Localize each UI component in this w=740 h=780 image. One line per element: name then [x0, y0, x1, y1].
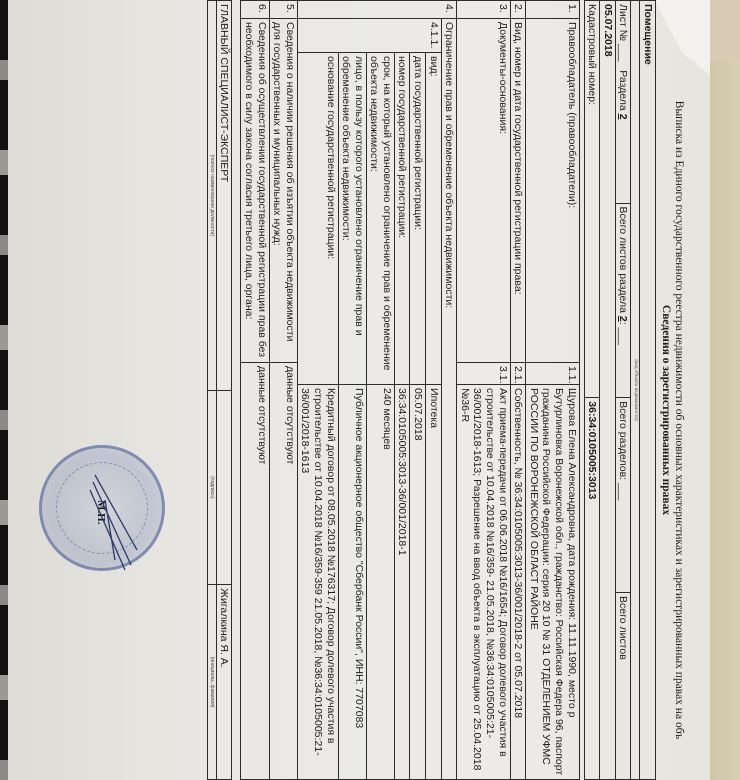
object-type-caption: (вид объекта недвижимости) [631, 1, 640, 780]
signature-field [216, 390, 232, 585]
row-number: 3. [457, 1, 510, 19]
encumbrance-field: срок, на который установлено ограничение… [366, 1, 394, 780]
signature-caption: (подпись) [207, 390, 216, 585]
field-label: основание государственной регистрации: [297, 53, 338, 385]
seizure-value: данные отсутствуют [269, 363, 297, 780]
row-subnumber: 2.1. [510, 363, 526, 385]
rights-table: 1. Правообладатель (правообладатели): 1.… [240, 0, 579, 780]
row-label: Ограничение прав и обременение объекта н… [441, 19, 457, 780]
egrn-extract-document: Выписка из Единого государственного реес… [75, 0, 685, 780]
row-number: 6. [241, 1, 269, 19]
official-position: ГЛАВНЫЙ СПЕЦИАЛИСТ-ЭКСПЕРТ [216, 1, 232, 391]
field-value: 36:34:0105005:3013-36/001/2018-1 [394, 385, 410, 780]
row-subnumber: 1.1. [526, 363, 579, 385]
field-value: Ипотека [426, 385, 442, 780]
field-value: 05.07.2018 [410, 385, 426, 780]
field-value: Кредитный договор от 08.05.2018 №176317;… [297, 385, 338, 780]
header-table: Помещение (вид объекта недвижимости) Лис… [584, 0, 656, 780]
field-label: лицо, в пользу которого установлено огра… [338, 53, 366, 385]
row-number: 4. [297, 1, 457, 19]
total-sections: Всего разделов: ___ [615, 398, 631, 593]
encumbrance-field: дата государственной регистрации: 05.07.… [410, 1, 426, 780]
registration-value: Собственность, № 36:34:0105005:3013-36/0… [510, 385, 526, 780]
row-rightholder: 1. Правообладатель (правообладатели): 1.… [526, 1, 579, 780]
encumbrance-field: лицо, в пользу которого установлено огра… [338, 1, 366, 780]
row-number: 5. [269, 1, 297, 19]
row-subnumber: 4.1.1. [297, 19, 441, 53]
name-caption: (инициалы, фамилия) [207, 585, 216, 780]
rightholder-value: Щурова Елена Александровна, дата рождени… [526, 385, 579, 780]
row-third-party-consent: 6. Сведения об осуществлении государстве… [241, 1, 269, 780]
field-value: Публичное акционерное общество "Сбербанк… [338, 385, 366, 780]
handwritten-signature [85, 470, 145, 580]
consent-value: данные отсутствуют [241, 363, 269, 780]
binder-edge [0, 0, 8, 780]
encumbrance-field: основание государственной регистрации: К… [297, 1, 338, 780]
object-type: Помещение [640, 1, 656, 780]
row-number: 2. [510, 1, 526, 19]
cadastral-number: 36:34:0105005:3013 [584, 398, 600, 780]
documents-value: Акт приема-передачи от 06.06.2018 №16/16… [457, 385, 510, 780]
field-label: срок, на который установлено ограничение… [366, 53, 394, 385]
row-label: Сведения о наличии решения об изъятии об… [269, 19, 297, 363]
field-value: 240 месяцев [366, 385, 394, 780]
field-label: номер государственной регистрации: [394, 53, 410, 385]
row-label: Вид, номер и дата государственной регист… [510, 19, 526, 363]
total-sheets: Всего листов [615, 593, 631, 780]
row-label: Документы-основания: [457, 19, 510, 363]
sheet-number: Лист № ___ Раздела 2 [615, 1, 631, 204]
row-encumbrance-header: 4. Ограничение прав и обременение объект… [441, 1, 457, 780]
document-title: Выписка из Единого государственного реес… [673, 0, 685, 780]
row-number: 1. [526, 1, 579, 19]
position-caption: (полное наименование должности) [207, 1, 216, 391]
row-registration: 2. Вид, номер и дата государственной рег… [510, 1, 526, 780]
field-label: дата государственной регистрации: [410, 53, 426, 385]
row-documents: 3. Документы-основания: 3.1. Акт приема-… [457, 1, 510, 780]
total-sheets-section: Всего листов раздела 2: ___ [615, 203, 631, 398]
row-seizure: 5. Сведения о наличии решения об изъятии… [269, 1, 297, 780]
section-title: Сведения о зарегистрированных правах [660, 0, 672, 780]
row-label: Сведения об осуществлении государственно… [241, 19, 269, 363]
official-name: Жигалкина Я. А. [216, 585, 232, 780]
row-subnumber: 3.1. [457, 363, 510, 385]
signature-table: ГЛАВНЫЙ СПЕЦИАЛИСТ-ЭКСПЕРТ Жигалкина Я. … [207, 0, 233, 780]
row-label: Правообладатель (правообладатели): [526, 19, 579, 363]
field-label: вид: [426, 53, 442, 385]
encumbrance-field: номер государственной регистрации: 36:34… [394, 1, 410, 780]
encumbrance-field: 4.1.1. вид: Ипотека [426, 1, 442, 780]
cadastral-label: Кадастровый номер: [584, 1, 600, 398]
extract-date: 05.07.2018 [600, 1, 616, 780]
table-surface [710, 60, 740, 780]
